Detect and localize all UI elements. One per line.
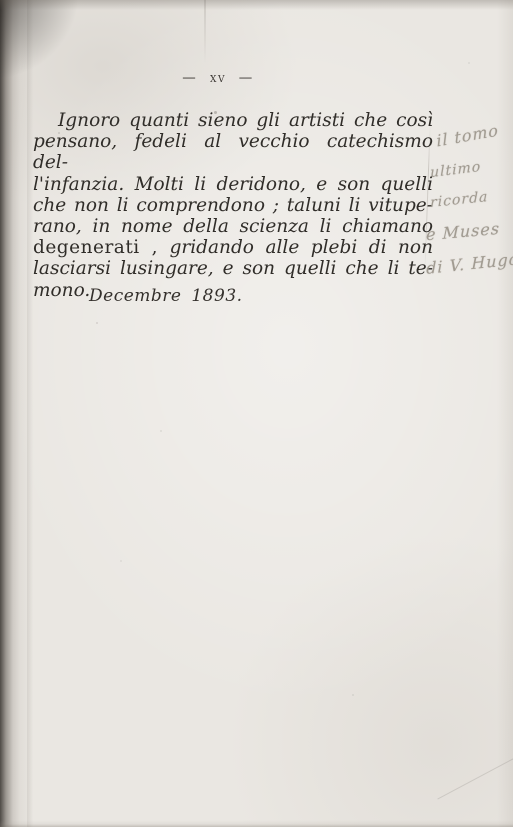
paper-speck <box>468 62 470 64</box>
paragraph-line: l'infanzia. Molti li deridono, e son que… <box>33 174 433 195</box>
paragraph-line-fragment: gridando alle plebi di non <box>170 237 433 258</box>
emphasized-word: degenerati , <box>33 237 158 258</box>
paragraph-line: degenerati , gridando alle plebi di non <box>33 237 433 258</box>
bottom-scan-edge <box>0 820 513 827</box>
paragraph-line: rano, in nome della scienza li chiamano <box>33 216 433 237</box>
paragraph-line: lasciarsi lusingare, e son quelli che li… <box>33 258 433 279</box>
paper-speck <box>160 430 162 432</box>
scanned-page: — xv — Ignoro quanti sieno gli artisti c… <box>0 0 513 827</box>
paragraph-line: che non li comprendono ; taluni li vitup… <box>33 195 433 216</box>
marginalia-line: di V. Hugo <box>426 249 513 278</box>
preface-paragraph: Ignoro quanti sieno gli artisti che così… <box>33 110 433 301</box>
page-number: — xv — <box>16 70 420 86</box>
paragraph-line: pensano, fedeli al vecchio catechismo de… <box>33 131 433 173</box>
top-edge-shadow <box>0 0 513 10</box>
marginalia-line: ultimo <box>430 159 481 181</box>
paper-fold-line <box>204 0 206 64</box>
handwritten-marginalia: il tomo ultimo ricorda e Muses di V. Hug… <box>424 122 513 292</box>
marginalia-line: il tomo <box>436 120 500 150</box>
paper-speck <box>96 322 98 324</box>
paper-speck <box>120 560 122 562</box>
top-left-corner-shadow <box>0 0 80 80</box>
date-line: Decembre 1893. <box>89 286 243 306</box>
paper-speck <box>352 694 354 696</box>
marginalia-line: e Muses <box>426 219 500 245</box>
paragraph-line: Ignoro quanti sieno gli artisti che così <box>33 110 433 131</box>
marginalia-line: ricorda <box>430 189 488 211</box>
